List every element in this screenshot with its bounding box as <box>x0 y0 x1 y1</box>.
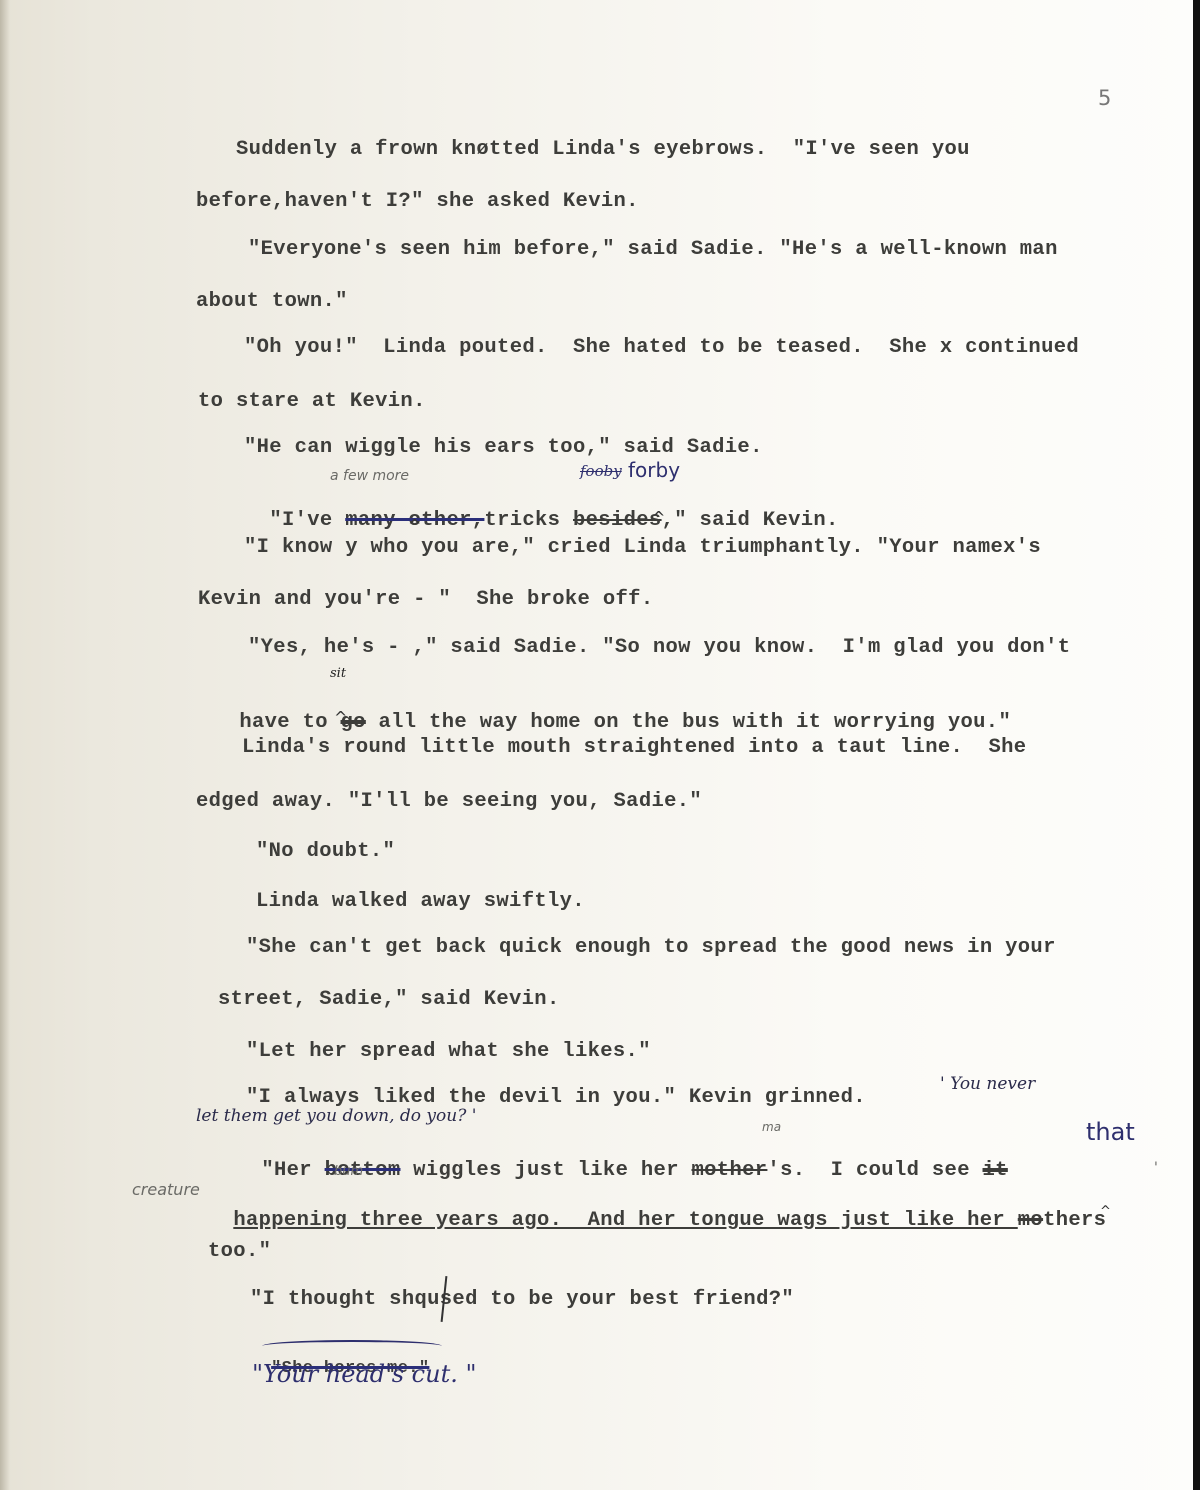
typed-line-edited: "I've many other,tricks besides," said K… <box>244 486 839 532</box>
text-segment: all the way home on the bus with it worr… <box>366 711 1011 734</box>
text-segment: happening three years ago. And her tongu… <box>233 1209 1017 1232</box>
text-segment: ," said Kevin. <box>662 509 839 532</box>
typed-line: before,haven't I?" she asked Kevin. <box>196 190 639 213</box>
typed-line: "Oh you!" Linda pouted. She hated to be … <box>244 336 1079 359</box>
pencil-insert-bum: bum <box>334 1164 363 1179</box>
typed-line: "No doubt." <box>256 840 395 863</box>
handwritten-insert-that: that <box>1086 1118 1135 1146</box>
pencil-insert-ma: ma <box>762 1120 781 1134</box>
text-segment: happening three years ago. And her tongu… <box>233 1209 1017 1232</box>
struck-text: it <box>983 1159 1008 1182</box>
typed-line: too." <box>208 1240 271 1263</box>
text-segment: "I've <box>269 509 345 532</box>
text-segment: 's. I could see <box>767 1159 982 1182</box>
pencil-mark: ' <box>1154 1160 1158 1176</box>
text-segment: thers <box>1043 1209 1106 1232</box>
page-number: 5 <box>1098 86 1111 110</box>
text-segment: tricks <box>484 509 573 532</box>
pencil-insert-a-few-more: a few more <box>330 468 409 484</box>
text-segment: "Her <box>261 1159 324 1182</box>
struck-text: besides <box>573 509 662 532</box>
insertion-caret: ^ <box>652 508 665 527</box>
struck-text: mother <box>692 1159 768 1182</box>
typed-line-edited: happening three years ago. And her tongu… <box>208 1186 1106 1232</box>
insertion-caret: ^ <box>334 708 347 727</box>
typed-line: Suddenly a frown knøtted Linda's eyebrow… <box>236 138 970 161</box>
handwritten-replacement-line: "Your head's cut. " <box>252 1360 477 1388</box>
struck-handwritten-word: fooby <box>580 462 622 480</box>
pencil-insert-creature: creature <box>132 1180 200 1199</box>
typed-line: "He can wiggle his ears too," said Sadie… <box>244 436 763 459</box>
typed-line: "I thought shqused to be your best frien… <box>250 1288 794 1311</box>
handwritten-insert-sit: sit <box>330 666 346 681</box>
text-segment: wiggles just like her <box>401 1159 692 1182</box>
typed-line: Linda's round little mouth straightened … <box>242 736 1026 759</box>
typed-line: Linda walked away swiftly. <box>256 890 585 913</box>
insertion-caret: ^ <box>1100 1204 1111 1219</box>
typed-line: street, Sadie," said Kevin. <box>218 988 560 1011</box>
typed-line: "She can't get back quick enough to spre… <box>246 936 1056 959</box>
typed-line: to stare at Kevin. <box>198 390 426 413</box>
insertion-caret: ^ <box>408 516 421 535</box>
text-segment: have to <box>239 711 340 734</box>
handwritten-insert-you-never: ' You never <box>940 1074 1035 1094</box>
typed-line: "I know y who you are," cried Linda triu… <box>244 536 1041 559</box>
typed-line: Kevin and you're - " She broke off. <box>198 588 653 611</box>
typed-line: "Yes, he's - ," said Sadie. "So now you … <box>248 636 1070 659</box>
handwritten-insert-forby: forby <box>628 458 680 482</box>
typed-line: about town." <box>196 290 348 313</box>
page-shadow-left <box>0 0 10 1490</box>
typed-line: "Let her spread what she likes." <box>246 1040 651 1063</box>
typed-line: edged away. "I'll be seeing you, Sadie." <box>196 790 702 813</box>
struck-text: mo <box>1018 1209 1043 1232</box>
scan-border-right <box>1193 0 1200 1490</box>
handwritten-insert-you-never-cont: let them get you down, do you? ' <box>196 1106 476 1126</box>
typed-line: "Everyone's seen him before," said Sadie… <box>248 238 1058 261</box>
